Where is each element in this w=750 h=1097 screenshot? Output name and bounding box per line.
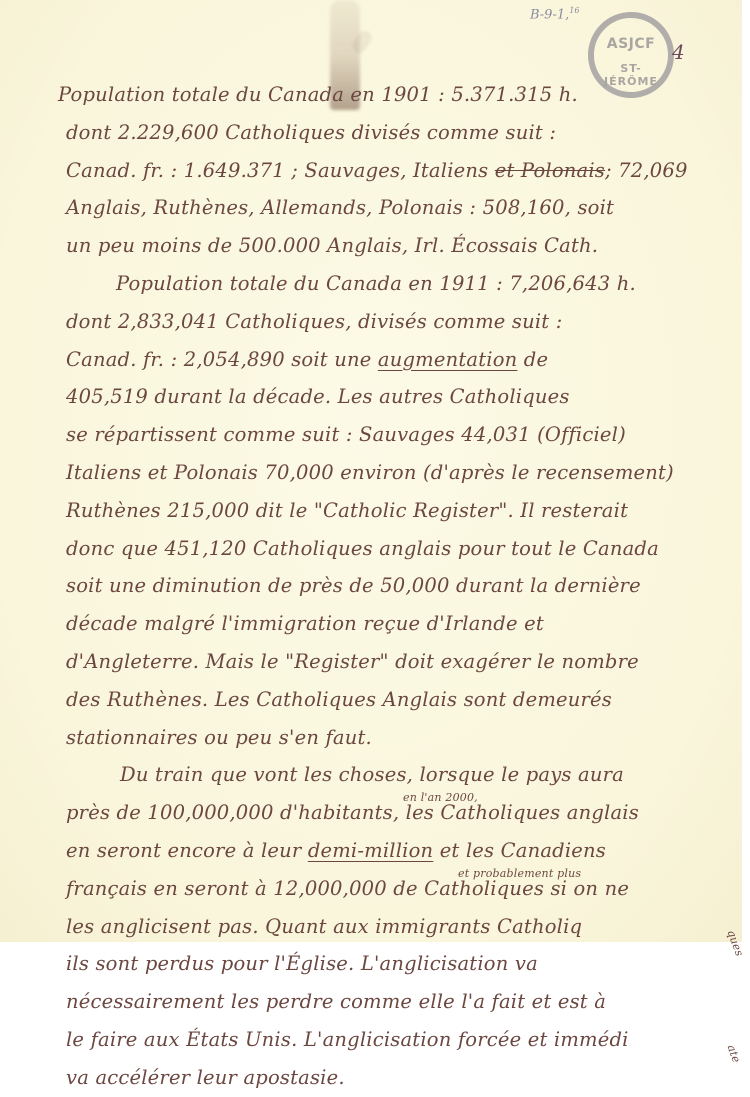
text-line: Canad. fr. : 1.649.371 ; Sauvages, Itali…	[58, 152, 738, 190]
struck-text: et Polonais	[495, 159, 605, 182]
text-line: les anglicisent pas. Quant aux immigrant…	[58, 908, 738, 946]
text-line: soit une diminution de près de 50,000 du…	[58, 567, 738, 605]
page-number: 4	[672, 40, 685, 64]
underlined-text: augmentation	[378, 348, 518, 371]
underlined-text: demi-million	[308, 839, 433, 862]
text-line: Du train que vont les choses, lorsque le…	[58, 756, 738, 794]
text-line: Population totale du Canada en 1911 : 7,…	[58, 265, 738, 303]
text-line: 405,519 durant la décade. Les autres Cat…	[58, 378, 738, 416]
text-line: dont 2.229,600 Catholiques divisés comme…	[58, 114, 738, 152]
text-line: Ruthènes 215,000 dit le "Catholic Regist…	[58, 492, 738, 530]
text-line: dont 2,833,041 Catholiques, divisés comm…	[58, 303, 738, 341]
text-line: se répartissent comme suit : Sauvages 44…	[58, 416, 738, 454]
text-line: décade malgré l'immigration reçue d'Irla…	[58, 605, 738, 643]
handwritten-text: Population totale du Canada en 1901 : 5.…	[58, 76, 738, 951]
text-line: stationnaires ou peu s'en faut.	[58, 719, 738, 757]
text-line: un peu moins de 500.000 Anglais, Irl. Éc…	[58, 227, 738, 265]
text-line: et probablement plus français en seront …	[58, 870, 738, 908]
text-line: d'Angleterre. Mais le "Register" doit ex…	[58, 643, 738, 681]
manuscript-page: B-9-1,16 ASJCF ST-JÉRÔME 4 Population to…	[0, 0, 742, 942]
text-line: en seront encore à leur demi-million et …	[58, 832, 738, 870]
text-line: en l'an 2000, près de 100,000,000 d'habi…	[58, 794, 738, 832]
archive-reference: B-9-1,16	[530, 6, 579, 22]
text-line: Population totale du Canada en 1901 : 5.…	[58, 76, 738, 114]
text-line: Anglais, Ruthènes, Allemands, Polonais :…	[58, 189, 738, 227]
text-line: Italiens et Polonais 70,000 environ (d'a…	[58, 454, 738, 492]
insertion-probably-more: et probablement plus	[458, 868, 581, 879]
text-line: donc que 451,120 Catholiques anglais pou…	[58, 530, 738, 568]
text-line: ils sont perdus pour l'Église. L'anglici…	[58, 945, 738, 951]
text-line: Canad. fr. : 2,054,890 soit une augmenta…	[58, 341, 738, 379]
insertion-year-2000: en l'an 2000,	[403, 792, 478, 803]
text-line: des Ruthènes. Les Catholiques Anglais so…	[58, 681, 738, 719]
stamp-label-top: ASJCF	[594, 36, 668, 52]
